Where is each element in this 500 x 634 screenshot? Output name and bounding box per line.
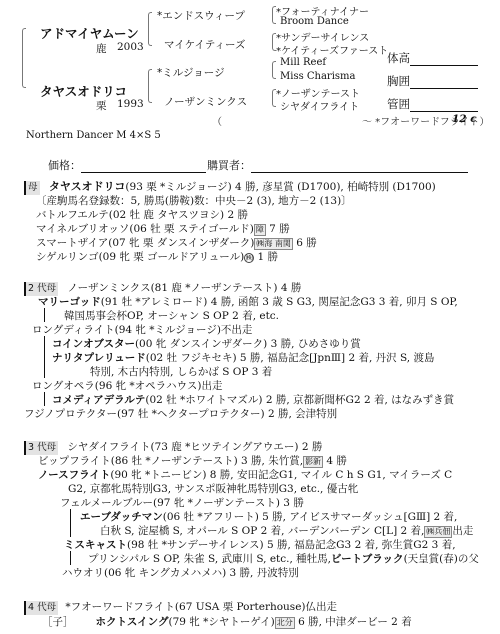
sire-parents-brace: [148, 12, 152, 46]
price-field[interactable]: 価格：: [48, 157, 206, 173]
fourth-dam-header: *フオーワードフライト(67 USA 栗 Porterhouse)仏出走: [65, 601, 337, 613]
pedigree-outer-brace: [22, 28, 26, 88]
dam-tag: 母: [24, 181, 40, 195]
race-mark: ㈱: [244, 253, 254, 263]
second-dam-line-0: マリーゴッド(91 牡 *アレミロード) 4 勝, 函館 3 歳 S G3, 関…: [38, 295, 458, 309]
g3-brace-3: [272, 61, 276, 79]
second-dam-tag: 2 代母: [24, 282, 58, 296]
third-dam-tag: 3 代母: [24, 441, 58, 455]
second-dam-line-2: ロングディライト(94 牝 *ミルジョージ)不出走: [32, 323, 252, 337]
chest-field[interactable]: 胸囲: [387, 73, 478, 89]
buyer-field[interactable]: 購買者：: [207, 157, 468, 173]
dam-year: 1993: [117, 98, 144, 110]
dam-offspring-1: マイネルブリオッソ(06 牡 栗 ステイゴールド)障 7 勝: [36, 222, 290, 236]
sire-color: 鹿: [96, 41, 107, 56]
dam-header-rest: (93 栗 *ミルジョージ) 4 勝, 彦星賞 (D1700), 柏崎特別 (D…: [125, 181, 435, 193]
family-number: 12 c: [452, 113, 477, 125]
second-dam-line-3: コインオブスター(00 牝 ダンスインザダーク) 3 勝, ひめさゆり賞: [52, 337, 361, 351]
race-mark: 影新: [303, 456, 323, 468]
dam-dam: ノーザンミンクス: [164, 94, 247, 109]
second-dam-line-1: 韓国馬事会杯OP, オーシャン S OP 2 着, etc.: [64, 309, 279, 323]
third-dam-line-8: ハウオリ(06 牝 キングカメハメハ) 3 勝, 丹波特別: [62, 566, 299, 580]
second-dam-line-5: 特別, 木古内特別, しらかば S OP 3 着: [90, 365, 272, 379]
cannon-label: 管囲: [387, 97, 410, 111]
race-mark: ㈱兵佃: [424, 526, 452, 538]
third-dam-section: 3 代母 シヤダイフライト(73 鹿 *ヒツテイングアウエー) 2 勝 ビップフ…: [24, 440, 494, 580]
height-field[interactable]: 体高: [387, 50, 478, 66]
dam-summary: 〔産駒馬名登録数：5, 勝馬(勝鞍)数：中央－2 (3), 地方－2 (13)〕: [36, 194, 352, 208]
g3-4: *ケイティーズファースト: [276, 42, 388, 57]
second-dam-line-4: ナリタプレリュード(02 牡 フジキセキ) 5 勝, 福島記念[JpnⅢ] 2 …: [52, 351, 434, 365]
third-dam-line-7: プリンシパル S OP, 朱雀 S, 武庫川 S, etc., 種牡馬,ビートブ…: [88, 552, 479, 566]
third-dam-header: シヤダイフライト(73 鹿 *ヒツテイングアウエー) 2 勝: [67, 441, 322, 453]
tree-line: [70, 551, 71, 565]
tree-line: [70, 509, 71, 537]
tree-line: [44, 308, 45, 322]
height-label: 体高: [387, 51, 410, 65]
third-dam-line-2: G2, 京都牝馬特別G3, サンスポ阪神牝馬特別G3, etc., 優古牝: [68, 482, 358, 496]
second-dam-header: ノーザンミンクス(81 鹿 *ノーザンテースト) 4 勝: [67, 282, 301, 294]
fourth-dam-child: ［子］ホクトスイング(79 牝 *シヤトーゲイ)北分 6 勝, 中津ダービー 2…: [42, 615, 412, 629]
dam-parents-brace: [148, 69, 152, 103]
inbreeding: Northern Dancer M 4×S 5: [26, 130, 161, 141]
second-dam-line-6: ロングオペラ(96 牝 *オペラハウス)出走: [32, 379, 222, 393]
second-dam-section: 2 代母 ノーザンミンクス(81 鹿 *ノーザンテースト) 4 勝 マリーゴッド…: [24, 281, 494, 421]
dam-name: タヤスオドリコ: [40, 82, 127, 100]
cannon-field[interactable]: 管囲: [387, 96, 478, 112]
second-dam-line-7: コメディアデラルテ(02 牡 *ホワイトマズル) 2 勝, 京都新聞杯G2 2 …: [52, 393, 454, 407]
fourth-dam-tag: 4 代母: [24, 601, 58, 615]
dam-offspring-2: スマートザイア(07 牝 栗 ダンスインザダーク)㈱海 南関 6 勝: [36, 236, 317, 250]
g3-2: Broom Dance: [280, 16, 349, 27]
third-dam-line-5: 白秋 S, 淀屋橋 S, オパール S OP 2 着, バーデンバーデン C[L…: [100, 524, 473, 538]
second-dam-line-8: フジノプロテクター(97 牡 *ヘクタープロテクター) 2 勝, 会津特別: [24, 407, 337, 421]
third-dam-line-1: ノースフライト(90 牝 *トニービン) 8 勝, 安田記念G1, マイル C …: [38, 468, 452, 482]
price-label: 価格：: [48, 159, 81, 172]
chest-label: 胸囲: [387, 74, 410, 88]
tree-line: [44, 336, 45, 378]
dam-offspring-3: シゲルリンゴ(09 牝 栗 ゴールドアリュール)㈱ 1 勝: [36, 250, 278, 264]
race-mark: 障: [254, 224, 266, 236]
family-line: （ ～ *フオーワードフライト）: [212, 113, 489, 128]
third-dam-line-0: ビップフライト(86 牡 *ノーザンテースト) 3 勝, 朱竹賞,影新 4 勝: [38, 454, 347, 468]
third-dam-line-6: ミスキャスト(98 牡 *サンデーサイレンス) 5 勝, 福島記念G3 2 着,…: [64, 538, 456, 552]
dam-color: 栗: [96, 98, 107, 113]
race-mark: 北分: [275, 617, 295, 629]
sire-dam: マイケイティーズ: [164, 37, 245, 52]
fourth-dam-section: 4 代母 *フオーワードフライト(67 USA 栗 Porterhouse)仏出…: [24, 600, 494, 632]
buyer-label: 購買者：: [207, 159, 251, 172]
g3-5: Mill Reef: [280, 57, 326, 68]
g3-8: シヤダイフライト: [280, 98, 359, 113]
sire-name: アドマイヤムーン: [40, 24, 139, 42]
sire-sire: *エンドスウィープ: [157, 8, 245, 23]
third-dam-line-4: エーブダッチマン(06 牡 *アフリート) 5 勝, アイビスサマーダッシュ[G…: [80, 510, 457, 524]
third-dam-line-3: フェルメールブルー(97 牝 *ノーザンテースト) 3 勝: [60, 496, 304, 510]
race-mark: ㈱海 南関: [254, 238, 293, 250]
sire-year: 2003: [117, 41, 144, 53]
tree-line: [44, 392, 45, 406]
dam-offspring-0: バトルフエルテ(02 牡 鹿 タヤスツヨシ) 2 勝: [36, 208, 248, 222]
dam-section: 母 タヤスオドリコ(93 栗 *ミルジョージ) 4 勝, 彦星賞 (D1700)…: [24, 180, 494, 270]
dam-sire: *ミルジョージ: [157, 65, 225, 80]
g3-6: Miss Charisma: [280, 71, 356, 82]
dam-header-name: タヤスオドリコ: [49, 180, 126, 193]
